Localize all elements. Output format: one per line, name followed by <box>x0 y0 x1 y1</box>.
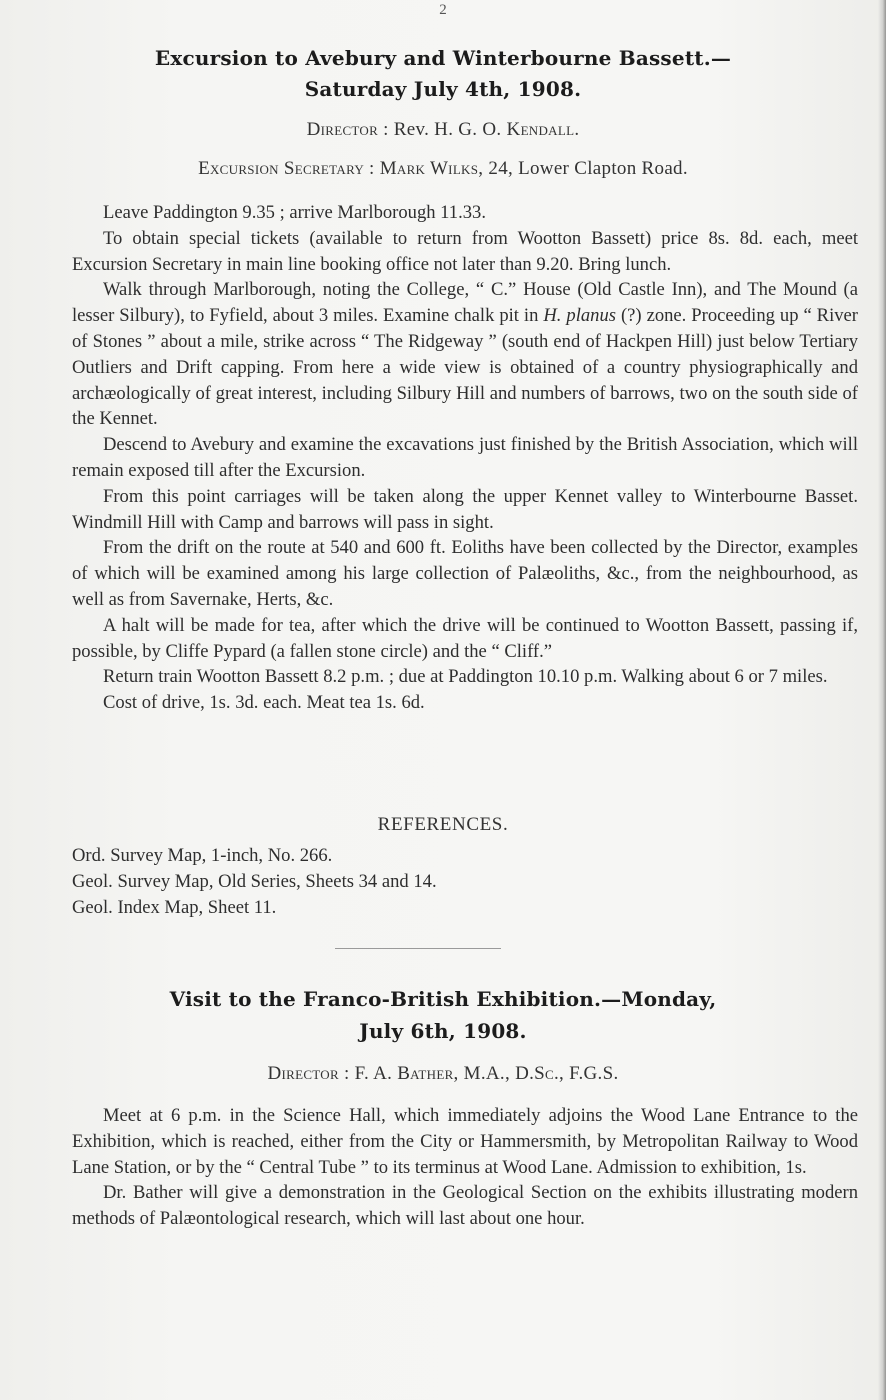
paragraph-demonstration: Dr. Bather will give a demonstration in … <box>72 1180 858 1232</box>
reference-item: Ord. Survey Map, 1-inch, No. 266. <box>72 843 858 869</box>
paragraph-departure: Leave Paddington 9.35 ; arrive Marlborou… <box>72 200 858 226</box>
species-name: H. planus <box>543 305 616 326</box>
page-edge-shadow <box>878 0 886 1400</box>
references-list: Ord. Survey Map, 1-inch, No. 266. Geol. … <box>72 843 858 920</box>
paragraph-carriages: From this point carriages will be taken … <box>72 484 858 536</box>
paragraph-cost: Cost of drive, 1s. 3d. each. Meat tea 1s… <box>72 690 858 716</box>
paragraph-avebury: Descend to Avebury and examine the excav… <box>72 432 858 484</box>
paragraph-tickets: To obtain special tickets (available to … <box>72 226 858 278</box>
secretary-label: Excursion Secretary : <box>198 158 375 179</box>
page-number: 2 <box>0 2 886 19</box>
paragraph-return: Return train Wootton Bassett 8.2 p.m. ; … <box>72 664 858 690</box>
director-name: F. A. Bather, M.A., D.Sc., F.G.S. <box>355 1063 619 1084</box>
secretary-name: Mark Wilks, <box>380 158 484 179</box>
section1-director-line: Director : Rev. H. G. O. Kendall. <box>0 119 886 141</box>
section2-body: Meet at 6 p.m. in the Science Hall, whic… <box>72 1103 858 1232</box>
director-label: Director : <box>267 1063 349 1084</box>
section1-title-line2: Saturday July 4th, 1908. <box>0 75 886 104</box>
paragraph-walk: Walk through Marlborough, noting the Col… <box>72 277 858 432</box>
director-label: Director : <box>307 119 389 140</box>
section1-secretary-line: Excursion Secretary : Mark Wilks, 24, Lo… <box>0 158 886 180</box>
document-page: 2 Excursion to Avebury and Winterbourne … <box>0 0 886 1400</box>
section-divider <box>335 948 501 949</box>
paragraph-tea-halt: A halt will be made for tea, after which… <box>72 613 858 665</box>
section2-title-line2: July 6th, 1908. <box>0 1017 886 1046</box>
section2-title-line1: Visit to the Franco-British Exhibition.—… <box>0 985 886 1014</box>
section2-director-line: Director : F. A. Bather, M.A., D.Sc., F.… <box>0 1063 886 1085</box>
section1-title-line1: Excursion to Avebury and Winterbourne Ba… <box>0 44 886 73</box>
secretary-address: 24, Lower Clapton Road. <box>488 158 688 179</box>
reference-item: Geol. Survey Map, Old Series, Sheets 34 … <box>72 869 858 895</box>
paragraph-eoliths: From the drift on the route at 540 and 6… <box>72 535 858 612</box>
director-name: Rev. H. G. O. Kendall. <box>394 119 580 140</box>
reference-item: Geol. Index Map, Sheet 11. <box>72 895 858 921</box>
paragraph-meeting: Meet at 6 p.m. in the Science Hall, whic… <box>72 1103 858 1180</box>
references-heading: REFERENCES. <box>0 814 886 836</box>
section1-body: Leave Paddington 9.35 ; arrive Marlborou… <box>72 200 858 716</box>
